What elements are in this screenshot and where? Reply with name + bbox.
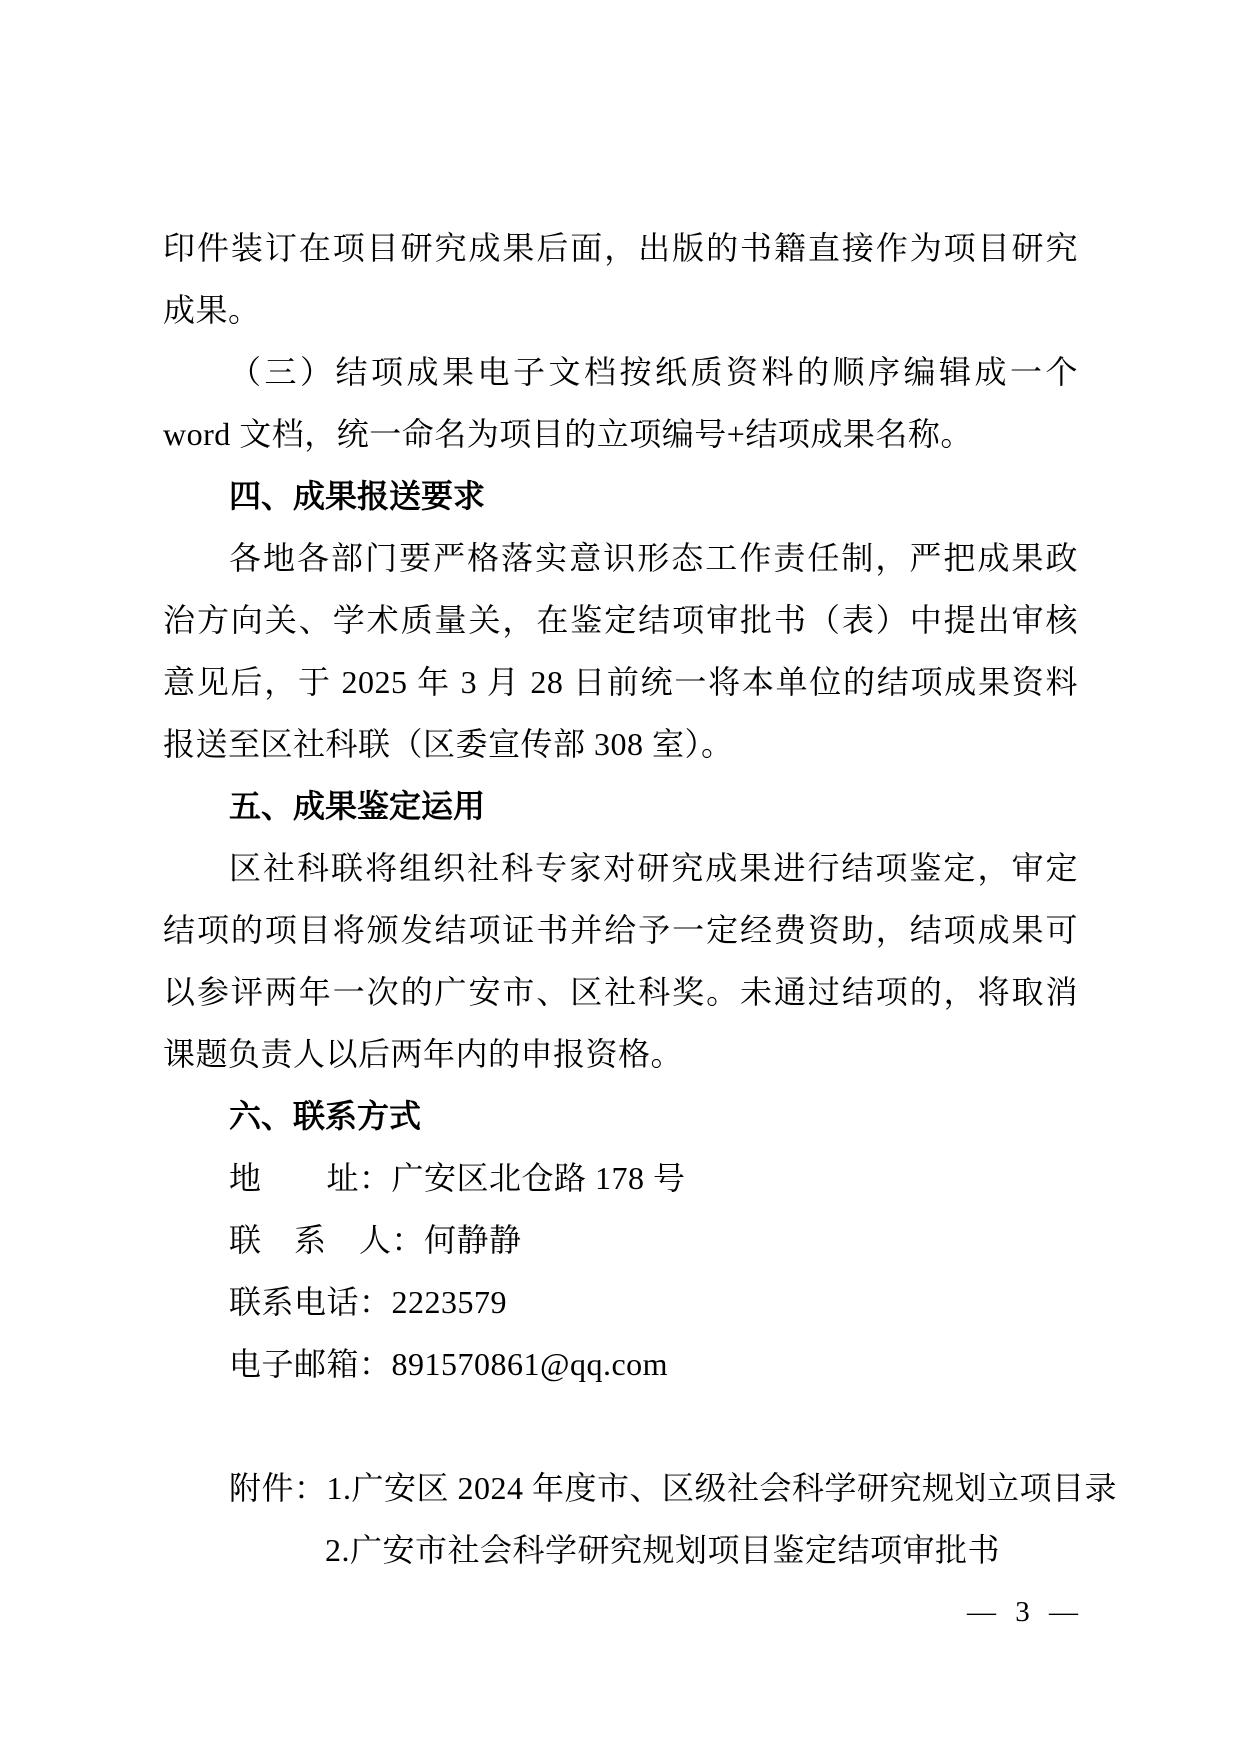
- contact-person: 联 系 人：何静静: [163, 1209, 1078, 1271]
- body-text-line: （三）结项成果电子文档按纸质资料的顺序编辑成一个: [163, 341, 1078, 403]
- body-text-line: word 文档，统一命名为项目的立项编号+结项成果名称。: [163, 403, 1078, 465]
- contact-address: 地 址：广安区北仓路 178 号: [163, 1147, 1078, 1209]
- attachment-item-2: 2.广安市社会科学研究规划项目鉴定结项审批书: [163, 1519, 1240, 1581]
- body-text-line: 各地各部门要严格落实意识形态工作责任制，严把成果政: [163, 527, 1078, 589]
- body-text-line: 区社科联将组织社科专家对研究成果进行结项鉴定，审定: [163, 837, 1078, 899]
- body-text-line: 印件装订在项目研究成果后面，出版的书籍直接作为项目研究: [163, 217, 1078, 279]
- body-text-line: 报送至区社科联（区委宣传部 308 室）。: [163, 713, 1078, 775]
- document-page: 印件装订在项目研究成果后面，出版的书籍直接作为项目研究 成果。 （三）结项成果电…: [0, 0, 1240, 1754]
- body-text-line: 成果。: [163, 279, 1078, 341]
- page-number: — 3 —: [163, 1581, 1078, 1643]
- body-text-line: 结项的项目将颁发结项证书并给予一定经费资助，结项成果可: [163, 899, 1078, 961]
- body-text-line: 治方向关、学术质量关，在鉴定结项审批书（表）中提出审核: [163, 589, 1078, 651]
- section-4-heading: 四、成果报送要求: [163, 465, 1078, 527]
- section-6-heading: 六、联系方式: [163, 1085, 1078, 1147]
- body-text-line: 课题负责人以后两年内的申报资格。: [163, 1023, 1078, 1085]
- body-text-line: 意见后，于 2025 年 3 月 28 日前统一将本单位的结项成果资料: [163, 651, 1078, 713]
- spacer: [163, 1395, 1078, 1457]
- attachment-item-1: 附件：1.广安区 2024 年度市、区级社会科学研究规划立项目录: [163, 1457, 1239, 1519]
- body-text-line: 以参评两年一次的广安市、区社科奖。未通过结项的，将取消: [163, 961, 1078, 1023]
- contact-phone: 联系电话：2223579: [163, 1271, 1078, 1333]
- section-5-heading: 五、成果鉴定运用: [163, 775, 1078, 837]
- contact-email: 电子邮箱：891570861@qq.com: [163, 1333, 1078, 1395]
- document-content: 印件装订在项目研究成果后面，出版的书籍直接作为项目研究 成果。 （三）结项成果电…: [163, 217, 1078, 1643]
